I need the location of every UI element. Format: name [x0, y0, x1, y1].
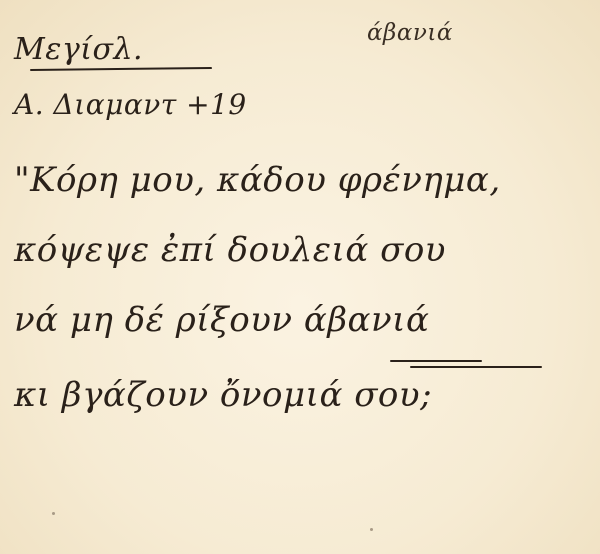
margin-note: άβανιά — [367, 20, 453, 46]
verse-line-1: "Κόρη μου, κάδου φρένημα, — [14, 160, 501, 200]
manuscript-page: Μεγίσλ. Α. Διαμαντ +19 άβανιά "Κόρη μου,… — [0, 0, 600, 554]
manuscript-title: Μεγίσλ. — [14, 32, 143, 67]
paper-speck — [52, 512, 55, 515]
source-reference: Α. Διαμαντ +19 — [14, 88, 247, 121]
paper-speck — [370, 528, 373, 531]
verse-line-3-text: νά μη δέ ρίξουν — [14, 300, 293, 340]
underlined-word: άβανιά — [304, 300, 430, 340]
verse-line-4: κι βγάζουν ὄνομιά σου; — [14, 375, 432, 415]
word-underline-1 — [390, 360, 482, 362]
verse-line-3: νά μη δέ ρίξουν άβανιά — [14, 300, 429, 340]
word-underline-2 — [410, 366, 542, 368]
title-underline — [30, 67, 212, 71]
verse-line-2: κόψεψε ἐπί δουλειά σου — [14, 230, 446, 270]
